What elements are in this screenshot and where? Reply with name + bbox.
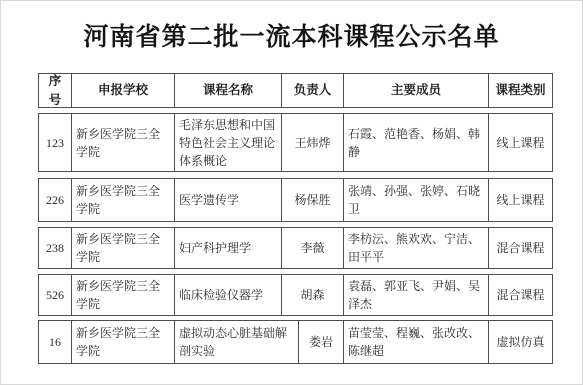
category-cell: 虚拟仿真: [489, 321, 552, 363]
category-cell: 混合课程: [489, 275, 552, 315]
school-cell: 新乡医学院三全学院: [72, 275, 175, 315]
school-cell: 新乡医学院三全学院: [72, 114, 175, 171]
category-cell: 线上课程: [489, 179, 552, 221]
members-cell: 李枋沄、熊欢欢、宁洁、田平平: [344, 228, 489, 268]
table-row: 16 新乡医学院三全学院 虚拟动态心脏基础解剖实验 娄岩 苗莹莹、程巍、张改改、…: [38, 320, 553, 364]
seq-cell: 238: [39, 228, 72, 268]
table-row: 238 新乡医学院三全学院 妇产科护理学 李薇 李枋沄、熊欢欢、宁洁、田平平 混…: [38, 227, 553, 269]
seq-cell: 123: [39, 114, 72, 171]
members-cell: 张靖、孙强、张婷、石晓卫: [344, 179, 489, 221]
document-page: 河南省第二批一流本科课程公示名单 序号 申报学校 课程名称 负责人 主要成员 课…: [0, 0, 583, 385]
seq-cell: 16: [39, 321, 72, 363]
header-cell-seq: 序号: [39, 74, 72, 107]
school-cell: 新乡医学院三全学院: [72, 228, 175, 268]
school-cell: 新乡医学院三全学院: [72, 321, 175, 363]
table-header-row: 序号 申报学校 课程名称 负责人 主要成员 课程类别: [38, 73, 553, 108]
category-cell: 混合课程: [489, 228, 552, 268]
seq-cell: 526: [39, 275, 72, 315]
leader-cell: 李薇: [282, 228, 344, 268]
course-cell: 妇产科护理学: [175, 228, 282, 268]
school-cell: 新乡医学院三全学院: [72, 179, 175, 221]
table-row: 226 新乡医学院三全学院 医学遗传学 杨保胜 张靖、孙强、张婷、石晓卫 线上课…: [38, 178, 553, 222]
leader-cell: 王炜烨: [282, 114, 344, 171]
leader-cell: 娄岩: [299, 321, 344, 363]
leader-cell: 杨保胜: [282, 179, 344, 221]
header-cell-school: 申报学校: [72, 74, 175, 107]
members-cell: 石霞、范艳香、杨娟、韩静: [344, 114, 489, 171]
leader-cell: 胡森: [282, 275, 344, 315]
members-cell: 袁磊、郭亚飞、尹娟、吴泽杰: [344, 275, 489, 315]
course-cell: 毛泽东思想和中国特色社会主义理论体系概论: [175, 114, 282, 171]
category-cell: 线上课程: [489, 114, 552, 171]
table-row: 526 新乡医学院三全学院 临床检验仪器学 胡森 袁磊、郭亚飞、尹娟、吴泽杰 混…: [38, 274, 553, 316]
header-cell-leader: 负责人: [282, 74, 344, 107]
members-cell: 苗莹莹、程巍、张改改、陈继超: [344, 321, 489, 363]
table-row: 123 新乡医学院三全学院 毛泽东思想和中国特色社会主义理论体系概论 王炜烨 石…: [38, 113, 553, 172]
header-cell-course: 课程名称: [175, 74, 282, 107]
header-cell-members: 主要成员: [344, 74, 489, 107]
course-cell: 虚拟动态心脏基础解剖实验: [175, 321, 299, 363]
course-table: 序号 申报学校 课程名称 负责人 主要成员 课程类别 123 新乡医学院三全学院…: [38, 73, 553, 364]
course-cell: 医学遗传学: [175, 179, 282, 221]
course-cell: 临床检验仪器学: [175, 275, 282, 315]
page-title: 河南省第二批一流本科课程公示名单: [1, 1, 582, 53]
seq-cell: 226: [39, 179, 72, 221]
header-cell-category: 课程类别: [489, 74, 552, 107]
